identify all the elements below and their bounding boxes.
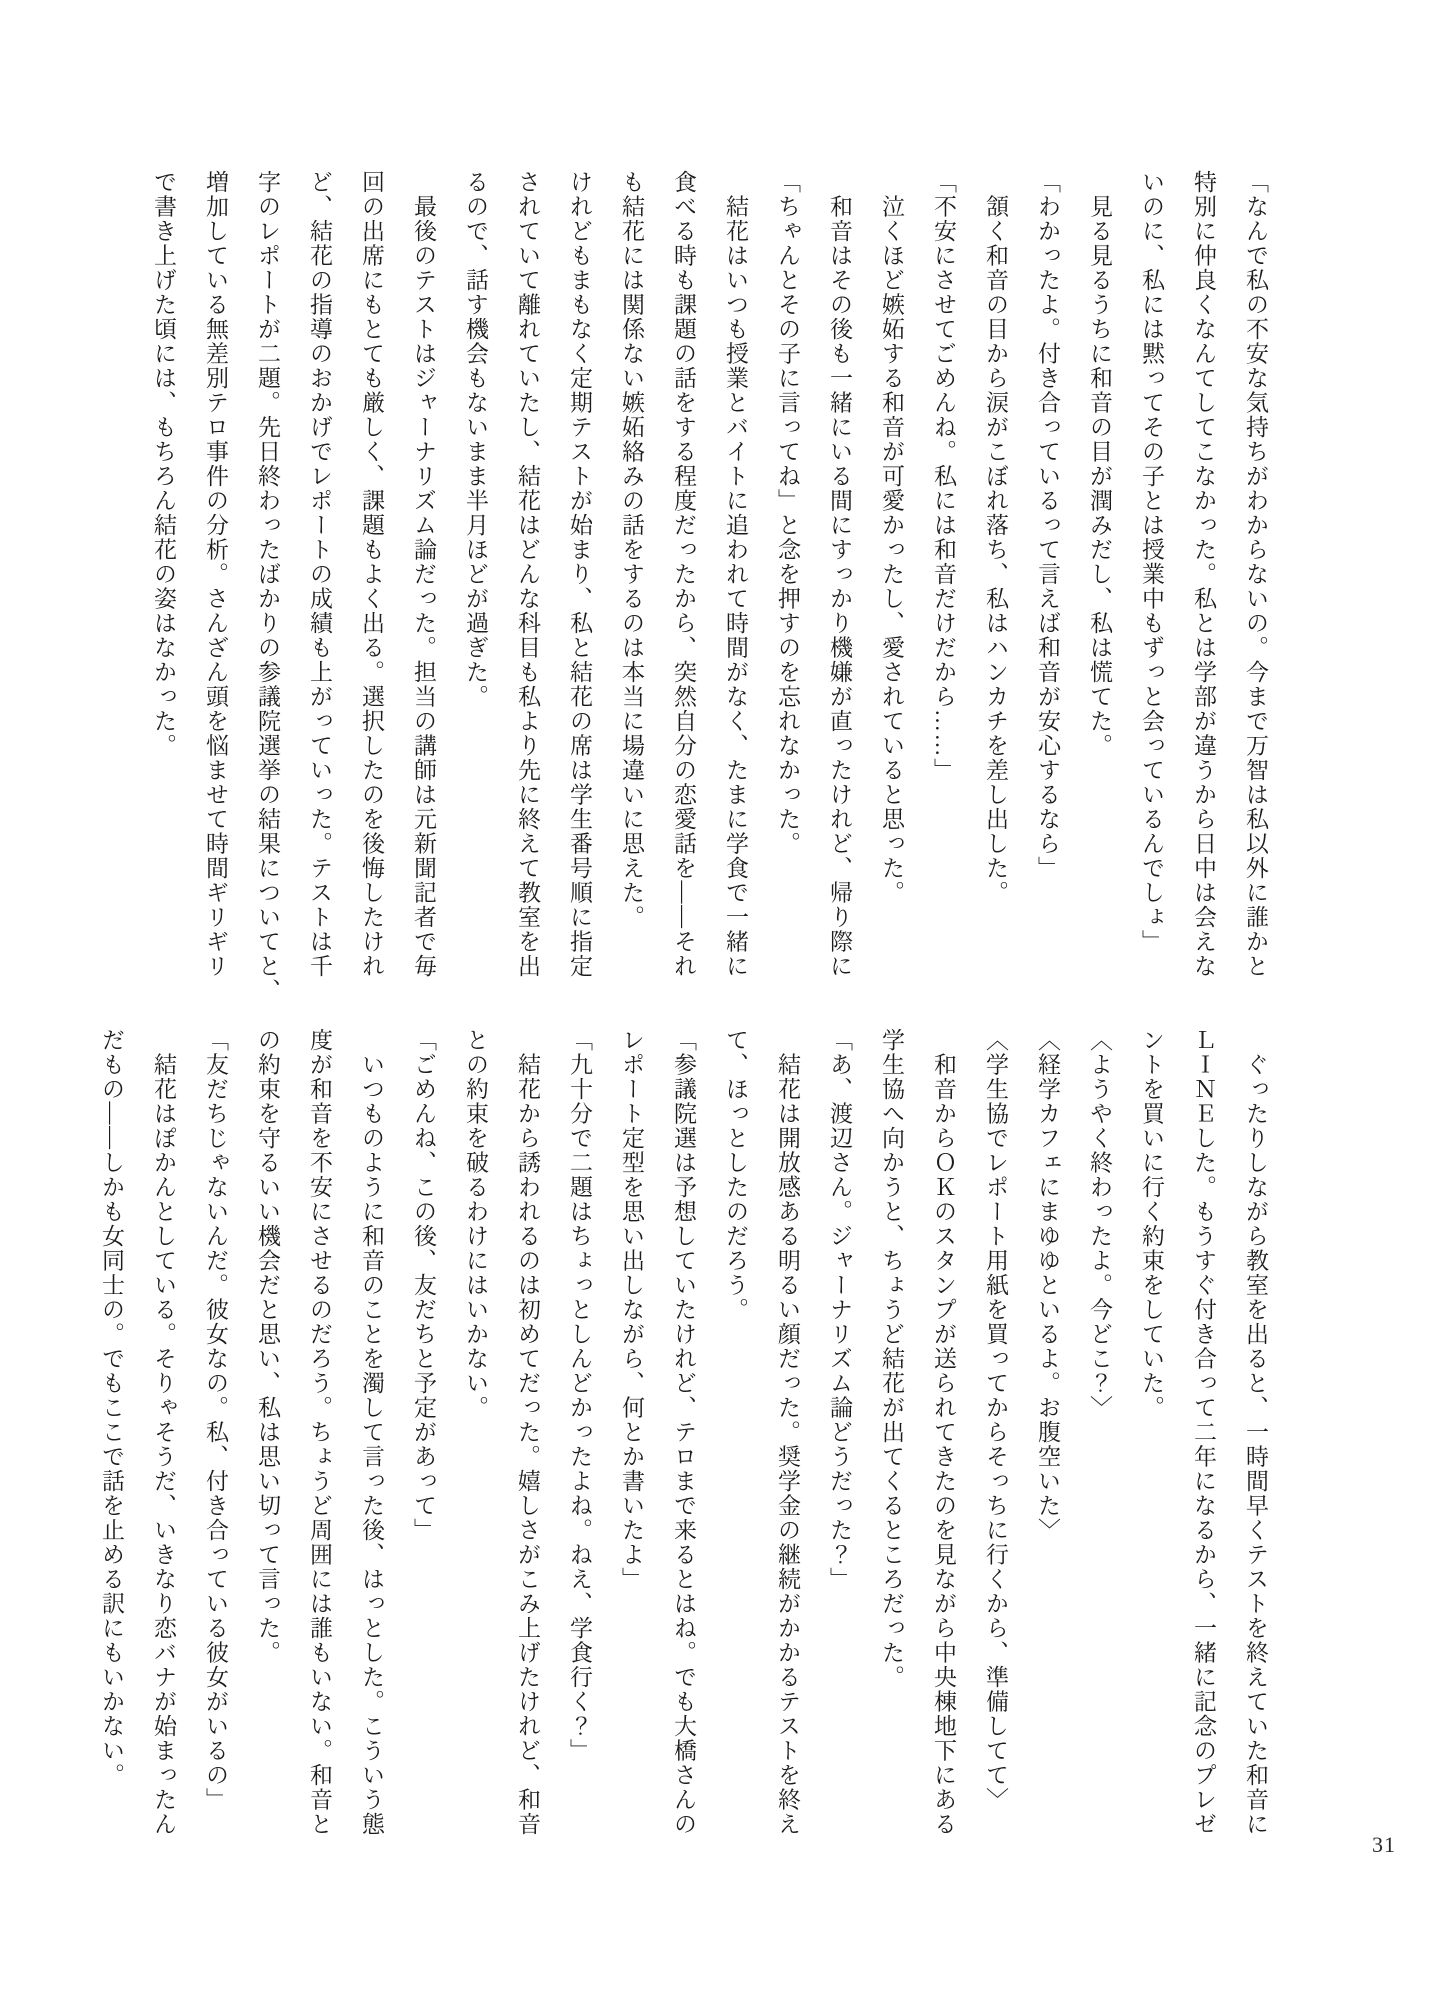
text-line: 「わかったよ。付き合っているって言えば和音が安心するなら」	[1021, 170, 1073, 982]
text-line: 増加している無差別テロ事件の分析。さんざん頭を悩ませて時間ギリギリ	[189, 170, 241, 982]
text-line: 「ちゃんとその子に言ってね」と念を押すのを忘れなかった。	[761, 170, 813, 982]
text-line: 泣くほど嫉妬する和音が可愛かったし、愛されていると思った。	[865, 170, 917, 982]
text-line: ＬＩＮＥした。もうすぐ付き合って二年になるから、一緒に記念のプレゼ	[1177, 1028, 1229, 1840]
text-line: で書き上げた頃には、もちろん結花の姿はなかった。	[137, 170, 189, 982]
text-line: 和音からＯＫのスタンプが送られてきたのを見ながら中央棟地下にある	[917, 1028, 969, 1840]
text-line: 結花はぽかんとしている。そりゃそうだ、いきなり恋バナが始まったん	[137, 1028, 189, 1840]
text-line: だもの――しかも女同士の。でもここで話を止める訳にもいかない。	[85, 1028, 137, 1840]
top-text-block: 「なんで私の不安な気持ちがわからないの。今まで万智は私以外に誰かと 特別に仲良く…	[137, 170, 1281, 982]
text-line: 和音はその後も一緒にいる間にすっかり機嫌が直ったけれど、帰り際に	[813, 170, 865, 982]
bottom-text-block: ぐったりしながら教室を出ると、一時間早くテストを終えていた和音に ＬＩＮＥした。…	[85, 1028, 1281, 1840]
text-line: との約束を破るわけにはいかない。	[449, 1028, 501, 1840]
text-line: 「なんで私の不安な気持ちがわからないの。今まで万智は私以外に誰かと	[1229, 170, 1281, 982]
text-line: 「友だちじゃないんだ。彼女なの。私、付き合っている彼女がいるの」	[189, 1028, 241, 1840]
text-line: されていて離れていたし、結花はどんな科目も私より先に終えて教室を出	[501, 170, 553, 982]
page-number: 31	[1372, 1832, 1396, 1858]
text-line: 〈ようやく終わったよ。今どこ？〉	[1073, 1028, 1125, 1840]
text-line: 〈経学カフェにまゆゆといるよ。お腹空いた〉	[1021, 1028, 1073, 1840]
text-line: 「九十分で二題はちょっとしんどかったよね。ねえ、学食行く？」	[553, 1028, 605, 1840]
text-line: 〈学生協でレポート用紙を買ってからそっちに行くから、準備してて〉	[969, 1028, 1021, 1840]
text-line: も結花には関係ない嫉妬絡みの話をするのは本当に場違いに思えた。	[605, 170, 657, 982]
text-line: 結花はいつも授業とバイトに追われて時間がなく、たまに学食で一緒に	[709, 170, 761, 982]
text-line: けれどもまもなく定期テストが始まり、私と結花の席は学生番号順に指定	[553, 170, 605, 982]
text-line: 度が和音を不安にさせるのだろう。ちょうど周囲には誰もいない。和音と	[293, 1028, 345, 1840]
text-line: ど、結花の指導のおかげでレポートの成績も上がっていった。テストは千	[293, 170, 345, 982]
text-line: 特別に仲良くなんてしてこなかった。私とは学部が違うから日中は会えな	[1177, 170, 1229, 982]
text-line: いのに、私には黙ってその子とは授業中もずっと会っているんでしょ」	[1125, 170, 1177, 982]
text-line: いつものように和音のことを濁して言った後、はっとした。こういう態	[345, 1028, 397, 1840]
text-line: ぐったりしながら教室を出ると、一時間早くテストを終えていた和音に	[1229, 1028, 1281, 1840]
text-line: 「ごめんね、この後、友だちと予定があって」	[397, 1028, 449, 1840]
text-line: の約束を守るいい機会だと思い、私は思い切って言った。	[241, 1028, 293, 1840]
text-line: 結花から誘われるのは初めてだった。嬉しさがこみ上げたけれど、和音	[501, 1028, 553, 1840]
text-line: 結花は開放感ある明るい顔だった。奨学金の継続がかかるテストを終え	[761, 1028, 813, 1840]
text-line: て、ほっとしたのだろう。	[709, 1028, 761, 1840]
text-line: 「参議院選は予想していたけれど、テロまで来るとはね。でも大橋さんの	[657, 1028, 709, 1840]
text-line: 食べる時も課題の話をする程度だったから、突然自分の恋愛話を――それ	[657, 170, 709, 982]
text-line: 頷く和音の目から涙がこぼれ落ち、私はハンカチを差し出した。	[969, 170, 1021, 982]
document-page: 「なんで私の不安な気持ちがわからないの。今まで万智は私以外に誰かと 特別に仲良く…	[0, 0, 1430, 2000]
text-line: 「不安にさせてごめんね。私には和音だけだから……」	[917, 170, 969, 982]
text-line: 回の出席にもとても厳しく、課題もよく出る。選択したのを後悔したけれ	[345, 170, 397, 982]
text-line: るので、話す機会もないまま半月ほどが過ぎた。	[449, 170, 501, 982]
text-line: ントを買いに行く約束をしていた。	[1125, 1028, 1177, 1840]
text-line: 学生協へ向かうと、ちょうど結花が出てくるところだった。	[865, 1028, 917, 1840]
text-line: 「あ、渡辺さん。ジャーナリズム論どうだった？」	[813, 1028, 865, 1840]
text-line: 字のレポートが二題。先日終わったばかりの参議院選挙の結果についてと、	[241, 170, 293, 982]
text-line: レポート定型を思い出しながら、何とか書いたよ」	[605, 1028, 657, 1840]
text-line: 最後のテストはジャーナリズム論だった。担当の講師は元新聞記者で毎	[397, 170, 449, 982]
text-line: 見る見るうちに和音の目が潤みだし、私は慌てた。	[1073, 170, 1125, 982]
